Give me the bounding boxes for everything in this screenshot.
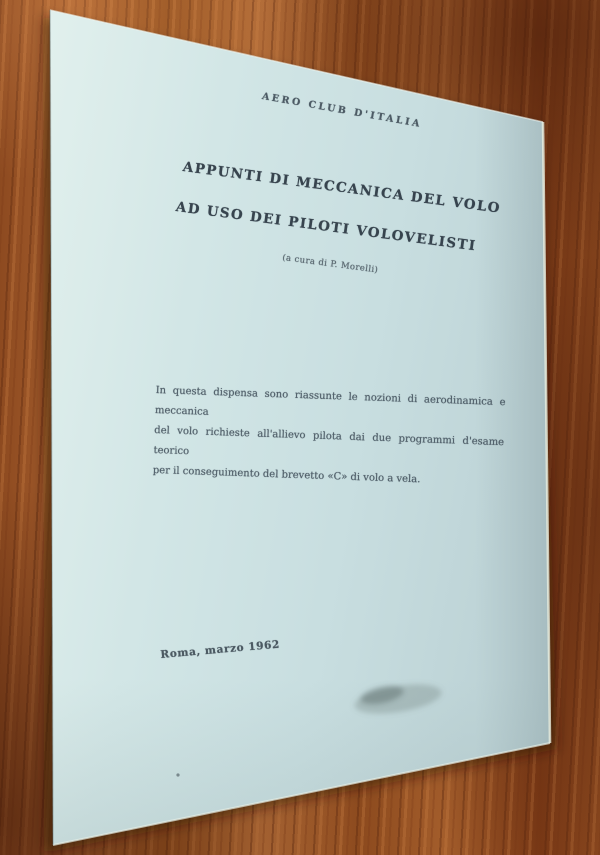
abstract-paragraph: In questa dispensa sono riassunte le noz…	[153, 381, 506, 493]
ink-speck	[176, 773, 179, 776]
book-photo: AERO CLUB D'ITALIA APPUNTI DI MECCANICA …	[0, 0, 600, 855]
